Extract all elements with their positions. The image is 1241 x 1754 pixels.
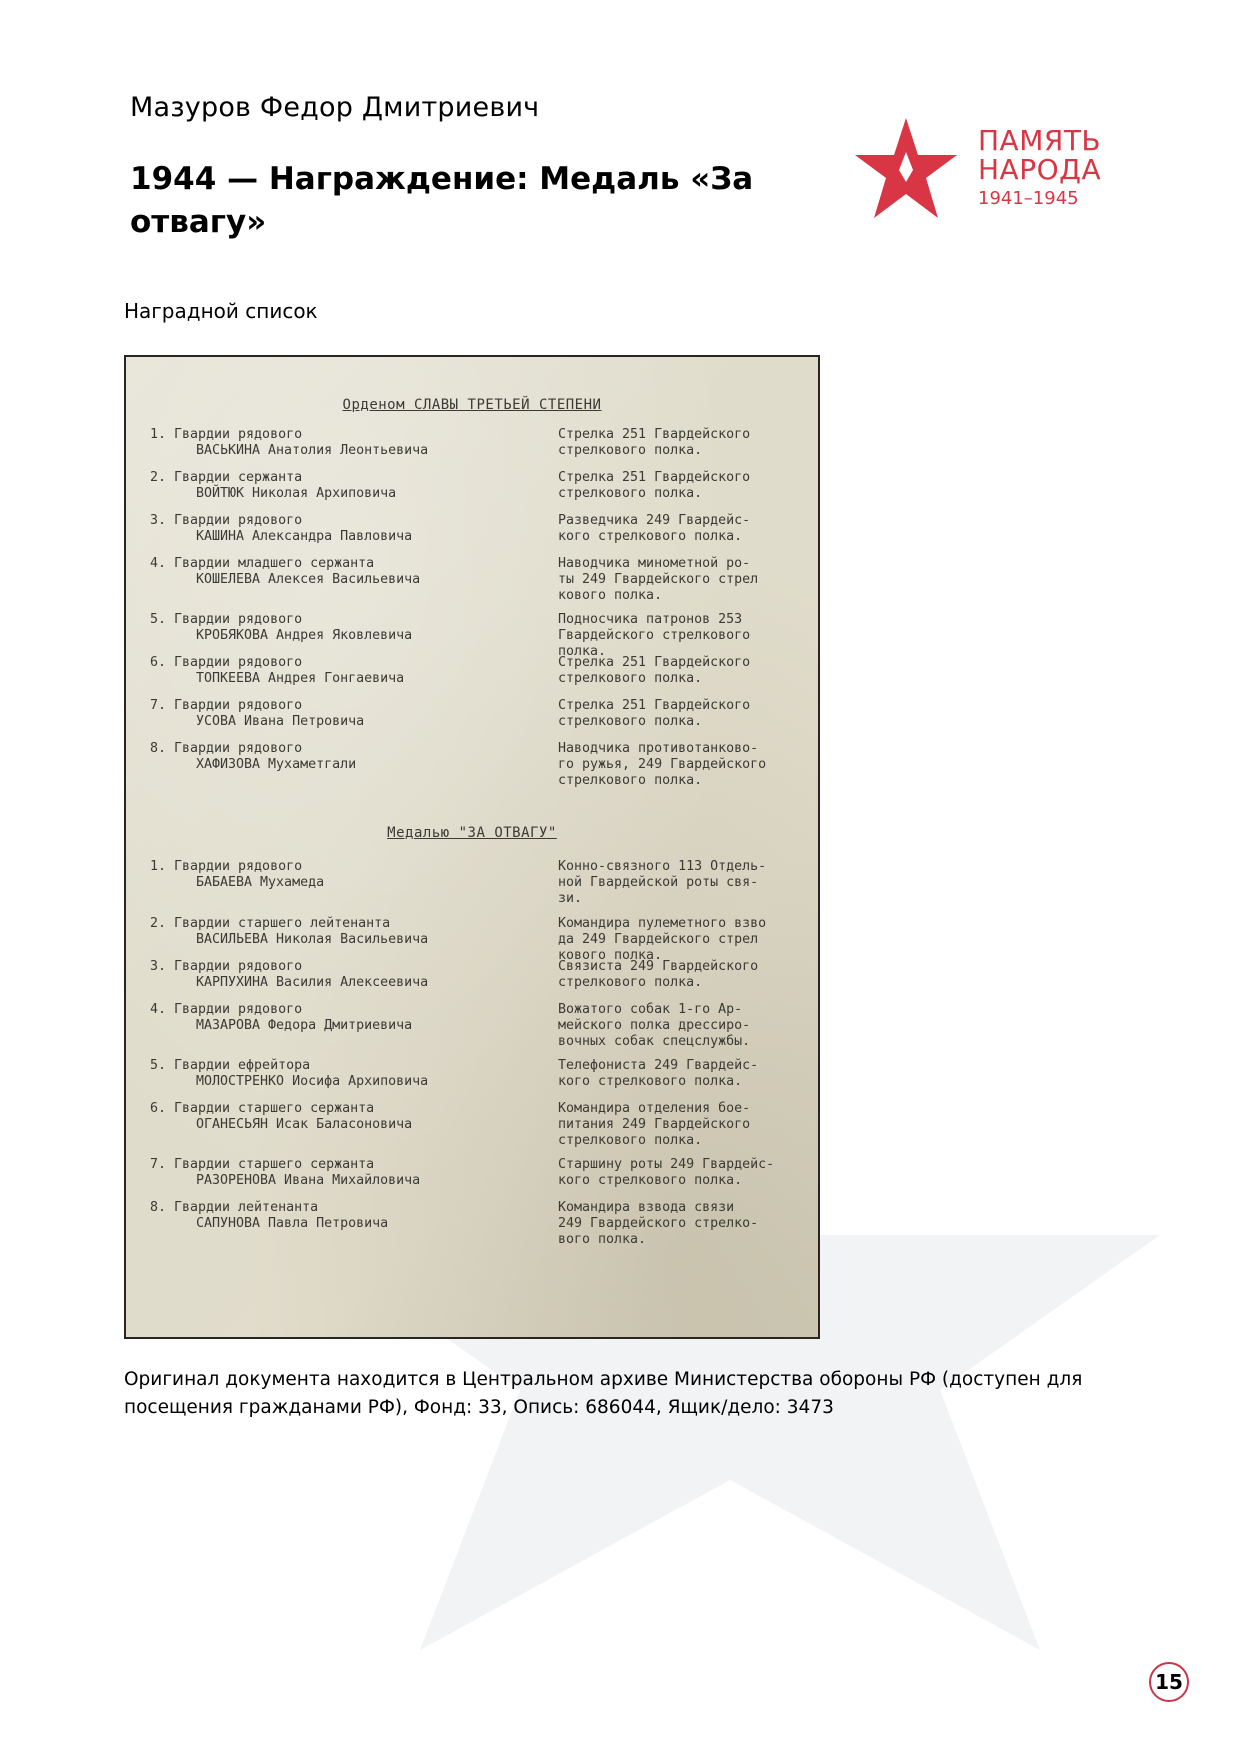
entry-person: Гвардии ефрейтораМОЛОСТРЕНКО Иосифа Архи… <box>174 1058 534 1090</box>
entry-number: 8. <box>150 1200 170 1216</box>
entry-number: 4. <box>150 556 170 572</box>
entry-person: Гвардии сержантаВОЙТЮК Николая Архипович… <box>174 470 534 502</box>
entry-rank: Гвардии ефрейтора <box>174 1058 534 1074</box>
entry-person: Гвардии старшего лейтенантаВАСИЛЬЕВА Ник… <box>174 916 534 948</box>
entry-role: Подносчика патронов 253 Гвардейского стр… <box>558 612 808 660</box>
entry-name: КОШЕЛЕВА Алексея Васильевича <box>174 572 534 588</box>
entry-name: ВАСИЛЬЕВА Николая Васильевича <box>174 932 534 948</box>
entry-person: Гвардии старшего сержантаРАЗОРЕНОВА Иван… <box>174 1157 534 1189</box>
entry-name: САПУНОВА Павла Петровича <box>174 1216 534 1232</box>
entry-rank: Гвардии младшего сержанта <box>174 556 534 572</box>
entry-name: ТОПКЕЕВА Андрея Гонгаевича <box>174 671 534 687</box>
entry-role: Командира отделения бое- питания 249 Гва… <box>558 1101 808 1149</box>
entry-name: КАРПУХИНА Василия Алексеевича <box>174 975 534 991</box>
entry-role: Наводчика минометной ро- ты 249 Гвардейс… <box>558 556 808 604</box>
logo-line-2: НАРОДА <box>978 155 1101 184</box>
logo-years: 1941–1945 <box>978 186 1101 212</box>
award-section-heading: Орденом СЛАВЫ ТРЕТЬЕЙ СТЕПЕНИ <box>126 397 818 413</box>
entry-rank: Гвардии рядового <box>174 1002 534 1018</box>
award-section-heading-text: Медалью "ЗА ОТВАГУ" <box>387 825 557 841</box>
entry-role: Стрелка 251 Гвардейского стрелкового пол… <box>558 427 808 459</box>
entry-person: Гвардии рядовогоХАФИЗОВА Мухаметгали <box>174 741 534 773</box>
entry-role: Стрелка 251 Гвардейского стрелкового пол… <box>558 655 808 687</box>
entry-person: Гвардии рядовогоБАБАЕВА Мухамеда <box>174 859 534 891</box>
entry-name: КАШИНА Александра Павловича <box>174 529 534 545</box>
award-section-heading: Медалью "ЗА ОТВАГУ" <box>126 825 818 841</box>
entry-number: 8. <box>150 741 170 757</box>
entry-role: Разведчика 249 Гвардейс- кого стрелковог… <box>558 513 808 545</box>
entry-number: 6. <box>150 655 170 671</box>
entry-person: Гвардии рядовогоКАШИНА Александра Павлов… <box>174 513 534 545</box>
entry-rank: Гвардии рядового <box>174 612 534 628</box>
entry-number: 6. <box>150 1101 170 1117</box>
entry-role: Командира пулеметного взво да 249 Гварде… <box>558 916 808 964</box>
entry-number: 7. <box>150 698 170 714</box>
entry-name: БАБАЕВА Мухамеда <box>174 875 534 891</box>
entry-rank: Гвардии рядового <box>174 959 534 975</box>
entry-rank: Гвардии рядового <box>174 655 534 671</box>
entry-number: 3. <box>150 959 170 975</box>
entry-person: Гвардии младшего сержантаКОШЕЛЕВА Алексе… <box>174 556 534 588</box>
entry-name: РАЗОРЕНОВА Ивана Михайловича <box>174 1173 534 1189</box>
entry-number: 2. <box>150 470 170 486</box>
entry-number: 4. <box>150 1002 170 1018</box>
entry-person: Гвардии рядовогоУСОВА Ивана Петровича <box>174 698 534 730</box>
entry-name: ХАФИЗОВА Мухаметгали <box>174 757 534 773</box>
entry-number: 5. <box>150 1058 170 1074</box>
entry-role: Вожатого собак 1-го Ар- мейского полка д… <box>558 1002 808 1050</box>
entry-rank: Гвардии старшего сержанта <box>174 1101 534 1117</box>
entry-rank: Гвардии рядового <box>174 741 534 757</box>
entry-person: Гвардии рядовогоКРОБЯКОВА Андрея Яковлев… <box>174 612 534 644</box>
entry-number: 1. <box>150 859 170 875</box>
entry-role: Стрелка 251 Гвардейского стрелкового пол… <box>558 698 808 730</box>
entry-number: 7. <box>150 1157 170 1173</box>
entry-rank: Гвардии рядового <box>174 513 534 529</box>
entry-role: Наводчика противотанково- го ружья, 249 … <box>558 741 808 789</box>
entry-person: Гвардии лейтенантаСАПУНОВА Павла Петрови… <box>174 1200 534 1232</box>
entry-rank: Гвардии рядового <box>174 698 534 714</box>
entry-number: 3. <box>150 513 170 529</box>
entry-name: ВАСЬКИНА Анатолия Леонтьевича <box>174 443 534 459</box>
entry-name: КРОБЯКОВА Андрея Яковлевича <box>174 628 534 644</box>
entry-rank: Гвардии рядового <box>174 427 534 443</box>
entry-number: 1. <box>150 427 170 443</box>
entry-name: УСОВА Ивана Петровича <box>174 714 534 730</box>
award-list-scan: Орденом СЛАВЫ ТРЕТЬЕЙ СТЕПЕНИ1.Гвардии р… <box>124 355 820 1339</box>
entry-name: МОЛОСТРЕНКО Иосифа Архиповича <box>174 1074 534 1090</box>
entry-role: Стрелка 251 Гвардейского стрелкового пол… <box>558 470 808 502</box>
entry-rank: Гвардии старшего сержанта <box>174 1157 534 1173</box>
entry-rank: Гвардии лейтенанта <box>174 1200 534 1216</box>
page-title: 1944 — Награждение: Медаль «За отвагу» <box>130 158 790 244</box>
entry-person: Гвардии рядовогоКАРПУХИНА Василия Алексе… <box>174 959 534 991</box>
person-name: Мазуров Федор Дмитриевич <box>130 92 539 123</box>
entry-name: ОГАНЕСЬЯН Исак Баласоновича <box>174 1117 534 1133</box>
entry-number: 2. <box>150 916 170 932</box>
entry-role: Старшину роты 249 Гвардейс- кого стрелко… <box>558 1157 808 1189</box>
entry-name: ВОЙТЮК Николая Архиповича <box>174 486 534 502</box>
entry-person: Гвардии рядовогоМАЗАРОВА Федора Дмитриев… <box>174 1002 534 1034</box>
entry-rank: Гвардии старшего лейтенанта <box>174 916 534 932</box>
section-label: Наградной список <box>124 299 318 323</box>
logo-line-1: ПАМЯТЬ <box>978 126 1101 155</box>
entry-role: Связиста 249 Гвардейского стрелкового по… <box>558 959 808 991</box>
entry-role: Телефониста 249 Гвардейс- кого стрелково… <box>558 1058 808 1090</box>
award-section-heading-text: Орденом СЛАВЫ ТРЕТЬЕЙ СТЕПЕНИ <box>343 397 602 413</box>
entry-role: Конно-связного 113 Отдель- ной Гвардейск… <box>558 859 808 907</box>
entry-person: Гвардии рядовогоТОПКЕЕВА Андрея Гонгаеви… <box>174 655 534 687</box>
page-number: 15 <box>1149 1662 1189 1702</box>
entry-person: Гвардии рядовогоВАСЬКИНА Анатолия Леонть… <box>174 427 534 459</box>
logo-text: ПАМЯТЬ НАРОДА 1941–1945 <box>978 126 1101 212</box>
entry-rank: Гвардии рядового <box>174 859 534 875</box>
entry-number: 5. <box>150 612 170 628</box>
red-star-icon <box>855 118 957 218</box>
entry-role: Командира взвода связи 249 Гвардейского … <box>558 1200 808 1248</box>
archive-caption: Оригинал документа находится в Центральн… <box>124 1366 1124 1422</box>
pamyat-naroda-logo: ПАМЯТЬ НАРОДА 1941–1945 <box>855 118 1125 218</box>
entry-name: МАЗАРОВА Федора Дмитриевича <box>174 1018 534 1034</box>
entry-rank: Гвардии сержанта <box>174 470 534 486</box>
entry-person: Гвардии старшего сержантаОГАНЕСЬЯН Исак … <box>174 1101 534 1133</box>
